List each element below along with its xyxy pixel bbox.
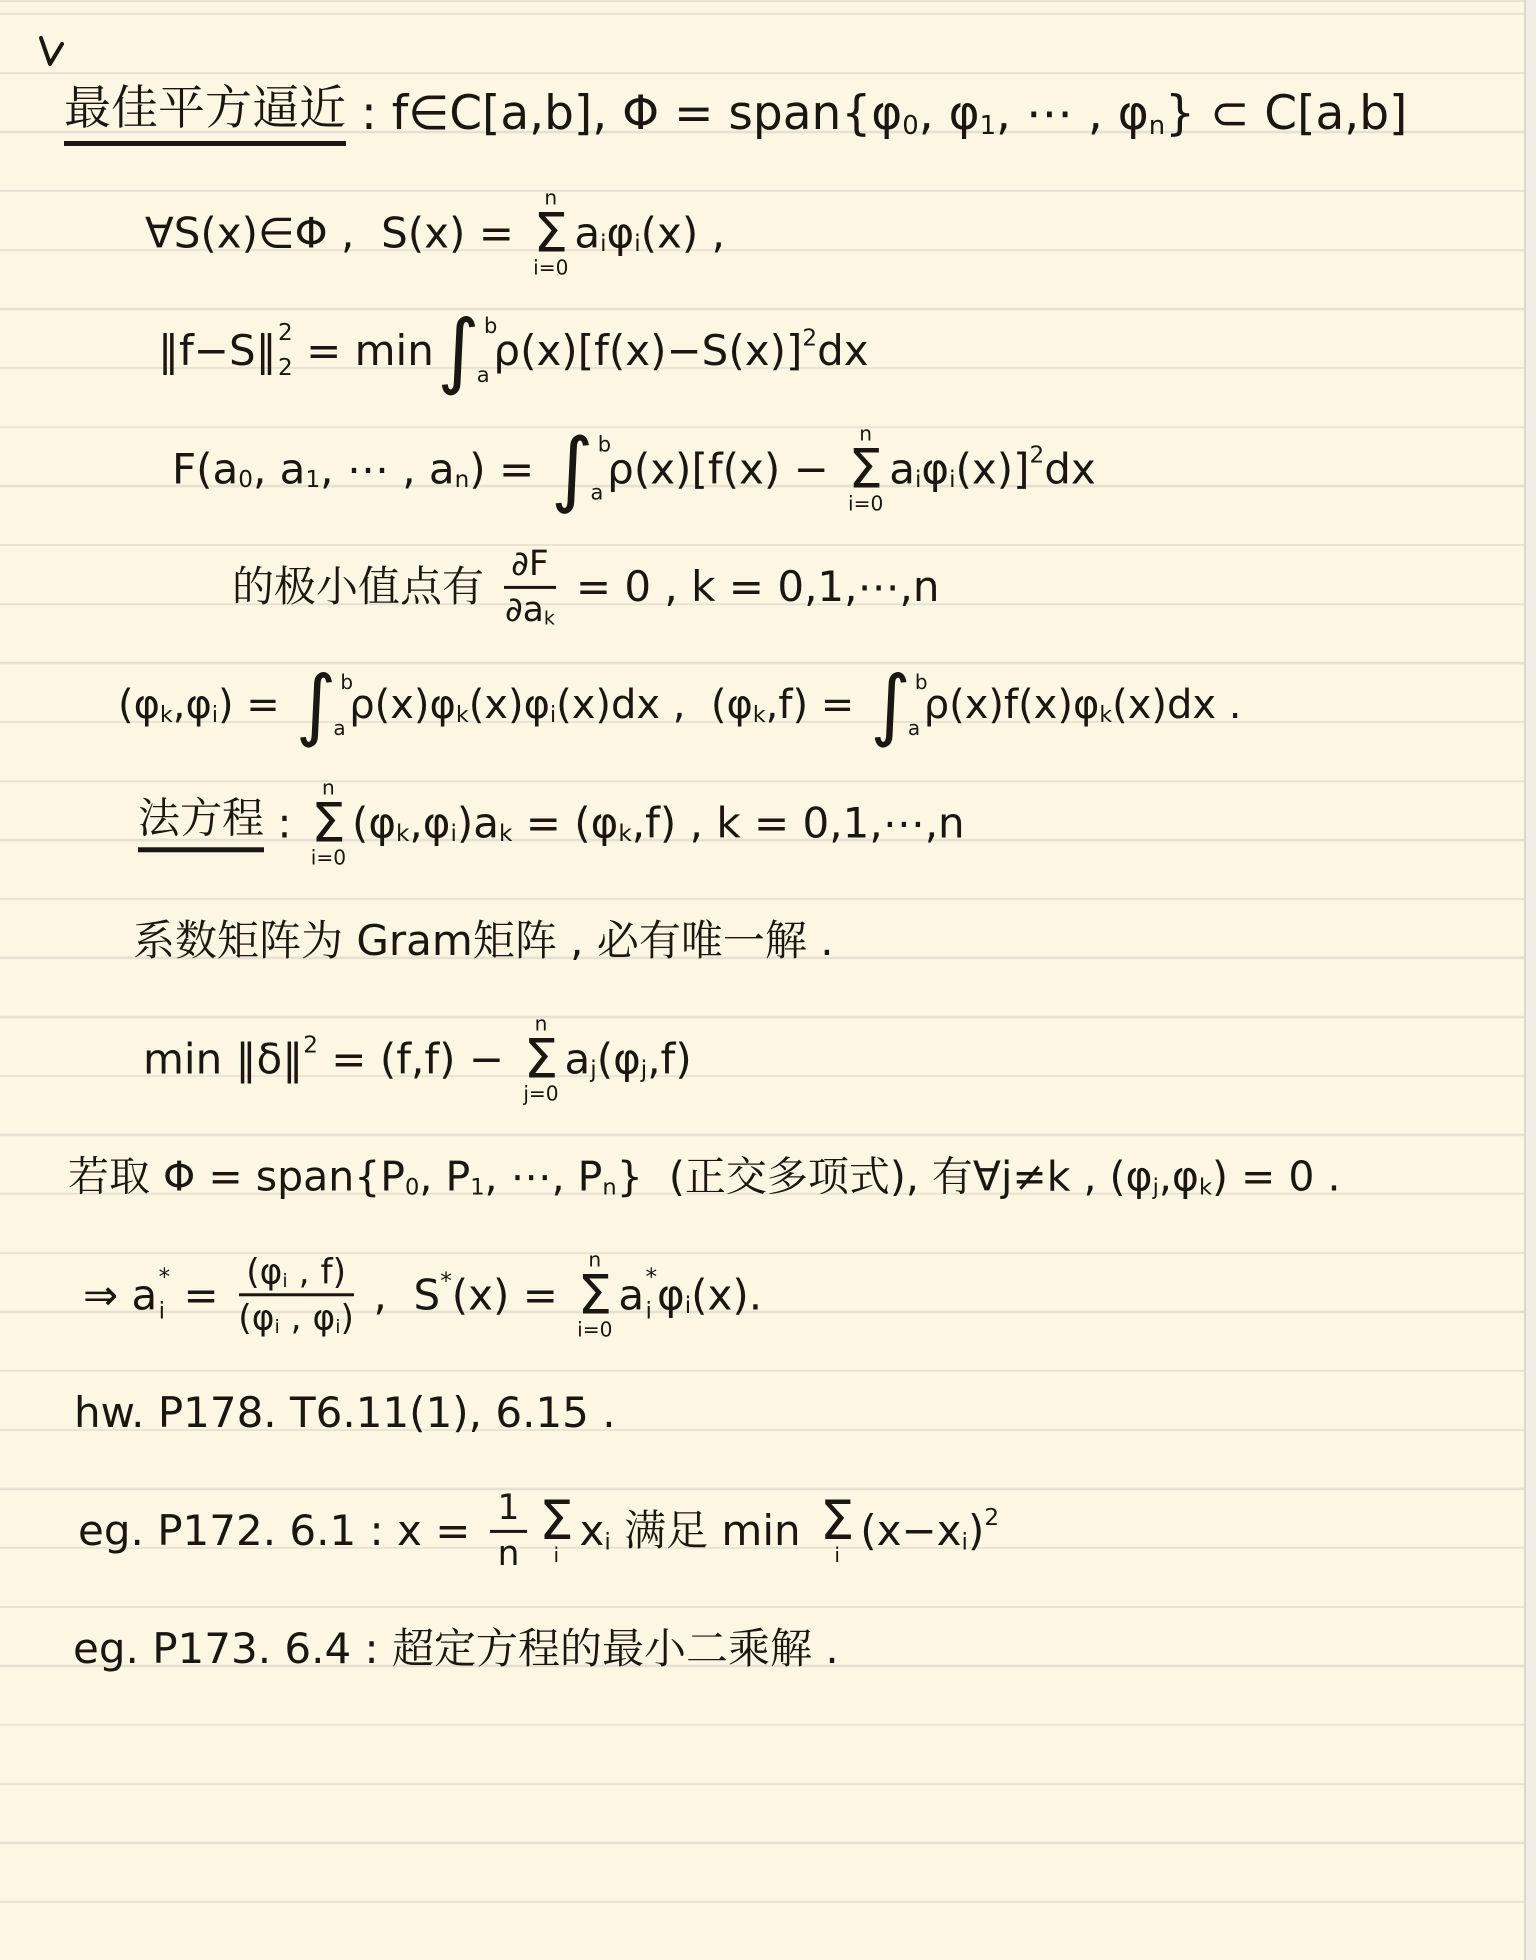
subscript-part: i	[159, 1301, 165, 1324]
text-run: ,φ	[173, 682, 212, 728]
fraction-denominator: (φi , φi)	[238, 1297, 354, 1337]
text-run: : f∈C[a,b], Φ = span{φ	[346, 87, 902, 141]
subscript: 0	[238, 467, 253, 494]
integral-lower-limit: a	[590, 483, 603, 504]
text-run: n	[498, 1536, 520, 1572]
stray-ink-mark	[38, 36, 68, 70]
text-run: = min	[293, 327, 434, 375]
summation: nΣi=0	[848, 423, 883, 514]
integral-lower-limit: a	[908, 718, 921, 738]
superscript: 2	[278, 322, 293, 345]
sub-sup-stack: 22	[278, 322, 293, 380]
text-run: , ⋯, P	[485, 1153, 603, 1200]
superscript: 2	[1030, 443, 1045, 470]
subscript: i	[550, 703, 556, 728]
sum-lower-limit: i	[834, 1545, 840, 1566]
text-run: ,φ	[409, 799, 450, 847]
note-line-F-functional: F(a0, a1, ⋯ , an) = ∫baρ(x)[f(x) − nΣi=0…	[172, 423, 1096, 514]
text-run: 满足 min	[611, 1507, 814, 1555]
fraction: 1n	[490, 1490, 527, 1572]
text-run: ,f) =	[766, 682, 867, 728]
subscript: 0	[902, 112, 918, 142]
subscript: i	[949, 467, 955, 494]
text-run: , a	[253, 445, 305, 493]
superscript: *	[440, 1269, 452, 1296]
text-run: } (正交多项式), 有∀j≠k , (φ	[617, 1153, 1153, 1200]
text-run: ρ(x)f(x)φ	[924, 682, 1100, 728]
text-run: (x)dx , (φ	[556, 682, 753, 728]
text-run: a	[889, 445, 915, 493]
text-run: , φ	[280, 1300, 336, 1336]
subscript: k	[1199, 1175, 1212, 1201]
text-run: = (φ	[512, 799, 618, 847]
text-run: a	[565, 1035, 591, 1083]
text-run: a	[618, 1271, 644, 1319]
subscript: i	[962, 1529, 968, 1556]
subscript: k	[499, 821, 512, 848]
integral-limits: ba	[477, 316, 490, 385]
text-run: (φ	[246, 1254, 282, 1290]
subscript: k	[396, 821, 409, 848]
subscript: i	[212, 703, 218, 728]
integral-upper-limit: b	[598, 434, 611, 455]
subscript: i	[685, 1293, 691, 1320]
text-run: ∂a	[505, 592, 544, 628]
subscript: 1	[305, 467, 320, 494]
text-run: x	[579, 1507, 604, 1555]
text-run: φ	[657, 1271, 685, 1319]
text-run: ∀S(x)∈Φ , S(x) =	[145, 209, 527, 257]
subscript-part: 2	[278, 357, 293, 380]
integral: ∫ba	[551, 428, 604, 510]
text-run: dx	[817, 327, 869, 375]
text-run: eg. P173. 6.4 : 超定方程的最小二乘解 .	[73, 1625, 839, 1673]
notebook-page: 最佳平方逼近 : f∈C[a,b], Φ = span{φ0, φ1, ⋯ , …	[0, 0, 1536, 1960]
summation: Σi	[820, 1496, 855, 1566]
integral-upper-limit: b	[484, 316, 497, 337]
sigma-symbol: Σ	[820, 1496, 855, 1545]
integral: ∫ba	[296, 666, 346, 744]
subscript: n	[455, 467, 470, 494]
note-line-example-6-1: eg. P172. 6.1 : x = 1nΣixi 满足 min Σi(x−x…	[78, 1490, 999, 1572]
superscript: *	[645, 1266, 657, 1289]
integral: ∫ba	[437, 310, 490, 392]
subscript: i	[915, 467, 921, 494]
integral-upper-limit: b	[340, 672, 353, 692]
text-run: (φ	[238, 1300, 274, 1336]
text-run: 1	[498, 1490, 520, 1526]
integral-limits: ba	[908, 672, 921, 738]
text-run: , ⋯ , a	[320, 445, 455, 493]
text-run: = 0 , k = 0,1,⋯,n	[562, 563, 939, 611]
text-run: (φ	[597, 1035, 641, 1083]
text-run: ‖f−S‖	[158, 327, 277, 375]
text-run: ,f)	[647, 1035, 692, 1083]
superscript: *	[159, 1266, 171, 1289]
subscript: n	[602, 1175, 616, 1201]
fraction-denominator: n	[498, 1533, 520, 1573]
text-run: (x) ,	[641, 209, 725, 257]
text-run: , P	[419, 1153, 470, 1200]
integral-symbol: ∫	[551, 428, 594, 510]
integral-symbol: ∫	[870, 666, 911, 744]
text-run: )	[968, 1507, 984, 1555]
subscript: 1	[980, 112, 996, 142]
text-run: 若取 Φ = span{P	[68, 1153, 405, 1200]
subscript: k	[753, 703, 766, 728]
subscript: i	[450, 821, 456, 848]
text-run: (φ	[118, 682, 160, 728]
text-run: min ‖δ‖	[143, 1035, 303, 1083]
text-run: ) =	[469, 445, 547, 493]
note-line-minimum-condition: 的极小值点有 ∂F∂ak = 0 , k = 0,1,⋯,n	[232, 546, 939, 628]
text-run: =	[170, 1271, 232, 1319]
subscript: 0	[405, 1175, 419, 1201]
text-run: , ⋯ , φ	[996, 87, 1149, 141]
fraction-denominator: ∂ak	[505, 589, 555, 629]
note-line-inner-products: (φk,φi) = ∫baρ(x)φk(x)φi(x)dx , (φk,f) =…	[118, 666, 1241, 744]
text-run: ∂F	[511, 546, 549, 582]
page-right-edge	[1524, 0, 1536, 1960]
sigma-symbol: Σ	[311, 798, 346, 847]
text-run: (x) =	[452, 1271, 572, 1319]
text-run: ,f) , k = 0,1,⋯,n	[632, 799, 965, 847]
subscript: k	[618, 821, 631, 848]
text-run: 系数矩阵为 Gram矩阵 , 必有唯一解 .	[133, 917, 834, 965]
note-line-orthogonal-polys: 若取 Φ = span{P0, P1, ⋯, Pn} (正交多项式), 有∀j≠…	[68, 1153, 1341, 1200]
text-run: eg. P172. 6.1 : x =	[78, 1507, 484, 1555]
integral-upper-limit: b	[915, 672, 928, 692]
subscript: i	[600, 231, 606, 258]
text-run: ρ(x)[f(x) −	[607, 445, 842, 493]
subscript: i	[282, 1272, 287, 1292]
text-run: , φ	[919, 87, 980, 141]
integral-symbol: ∫	[437, 310, 480, 392]
note-line-optimal-coefficients: ⇒ a*i = (φi , f)(φi , φi) , S*(x) = nΣi=…	[83, 1249, 762, 1340]
subscript: j	[1153, 1175, 1159, 1201]
subscript: k	[1099, 703, 1112, 728]
note-line-title: 最佳平方逼近 : f∈C[a,b], Φ = span{φ0, φ1, ⋯ , …	[64, 82, 1407, 146]
subscript: i	[634, 231, 640, 258]
fraction-numerator: 1	[490, 1490, 527, 1533]
text-run: (x)]	[956, 445, 1030, 493]
note-line-gram-matrix: 系数矩阵为 Gram矩阵 , 必有唯一解 .	[133, 917, 834, 965]
text-run: (x−x	[860, 1507, 961, 1555]
fraction: (φi , f)(φi , φi)	[238, 1254, 354, 1336]
integral-lower-limit: a	[477, 365, 490, 386]
subscript: j	[641, 1057, 647, 1084]
text-run: )a	[457, 799, 499, 847]
sum-lower-limit: i=0	[311, 848, 346, 869]
text-run: , f)	[288, 1254, 346, 1290]
subscript: i	[604, 1529, 610, 1556]
integral: ∫ba	[870, 666, 920, 744]
fraction-numerator: (φi , f)	[239, 1254, 354, 1297]
note-line-min-error: min ‖δ‖2 = (f,f) − nΣj=0aj(φj,f)	[143, 1013, 692, 1104]
subscript-part: i	[645, 1301, 651, 1324]
integral-lower-limit: a	[333, 718, 346, 738]
text-run: dx	[1044, 445, 1096, 493]
summation: nΣi=0	[533, 187, 568, 278]
text-run: } ⊂ C[a,b]	[1165, 87, 1407, 141]
sigma-symbol: Σ	[524, 1034, 559, 1083]
sigma-symbol: Σ	[539, 1496, 574, 1545]
note-line-example-6-4: eg. P173. 6.4 : 超定方程的最小二乘解 .	[73, 1625, 839, 1673]
note-line-normal-equations: 法方程 : nΣi=0(φk,φi)ak = (φk,f) , k = 0,1,…	[138, 777, 965, 868]
superscript: 2	[984, 1505, 999, 1532]
text-run: 的极小值点有	[232, 563, 497, 611]
sum-lower-limit: i=0	[577, 1320, 612, 1341]
sum-lower-limit: i	[554, 1545, 560, 1566]
integral-limits: ba	[333, 672, 346, 738]
sigma-symbol: Σ	[578, 1270, 613, 1319]
text-run: (x)φ	[469, 682, 550, 728]
subscript: 1	[470, 1175, 484, 1201]
text-run: φ	[921, 445, 949, 493]
note-line-norm-min: ‖f−S‖22 = min∫baρ(x)[f(x)−S(x)]2dx	[158, 310, 869, 392]
sigma-symbol: Σ	[848, 444, 883, 493]
text-run: = (f,f) −	[318, 1035, 517, 1083]
underlined-text: 最佳平方逼近	[64, 82, 346, 146]
text-run: ,φ	[1159, 1153, 1199, 1200]
text-run: ⇒ a	[83, 1271, 157, 1319]
sum-lower-limit: j=0	[523, 1084, 558, 1105]
note-line-homework: hw. P178. T6.11(1), 6.15 .	[74, 1389, 616, 1437]
subscript: n	[1149, 112, 1165, 142]
subscript: i	[335, 1318, 340, 1338]
text-run: (φ	[352, 799, 396, 847]
sub-sup-stack: *i	[645, 1266, 657, 1324]
text-run: φ	[607, 209, 635, 257]
sub-sup-stack: *i	[159, 1266, 171, 1324]
text-run: ρ(x)[f(x)−S(x)]	[493, 327, 802, 375]
text-run: ρ(x)φ	[349, 682, 456, 728]
fraction: ∂F∂ak	[504, 546, 557, 628]
text-run: a	[574, 209, 600, 257]
superscript: 2	[303, 1033, 318, 1060]
summation: nΣi=0	[577, 1249, 612, 1340]
fraction-numerator: ∂F	[504, 546, 557, 589]
note-line-s-expansion: ∀S(x)∈Φ , S(x) = nΣi=0aiφi(x) ,	[145, 187, 725, 278]
sigma-symbol: Σ	[534, 208, 569, 257]
summation: nΣi=0	[311, 777, 346, 868]
text-run: )	[341, 1300, 354, 1336]
subscript: k	[456, 703, 469, 728]
subscript: k	[160, 703, 173, 728]
subscript: k	[544, 610, 555, 630]
sum-lower-limit: i=0	[848, 494, 883, 515]
superscript: 2	[802, 325, 817, 352]
text-run: (x).	[691, 1271, 762, 1319]
integral-limits: ba	[590, 434, 603, 503]
text-run: ) =	[218, 682, 293, 728]
text-run: ) = 0 .	[1212, 1153, 1341, 1200]
underlined-text: 法方程	[138, 794, 264, 852]
sum-lower-limit: i=0	[533, 258, 568, 279]
subscript: i	[274, 1318, 279, 1338]
text-run: hw. P178. T6.11(1), 6.15 .	[74, 1389, 616, 1437]
text-run: :	[264, 799, 305, 847]
text-run: F(a	[172, 445, 238, 493]
summation: nΣj=0	[523, 1013, 558, 1104]
text-run: , S	[360, 1271, 440, 1319]
summation: Σi	[539, 1496, 574, 1566]
subscript: j	[590, 1057, 596, 1084]
text-run: (x)dx .	[1112, 682, 1241, 728]
integral-symbol: ∫	[296, 666, 337, 744]
